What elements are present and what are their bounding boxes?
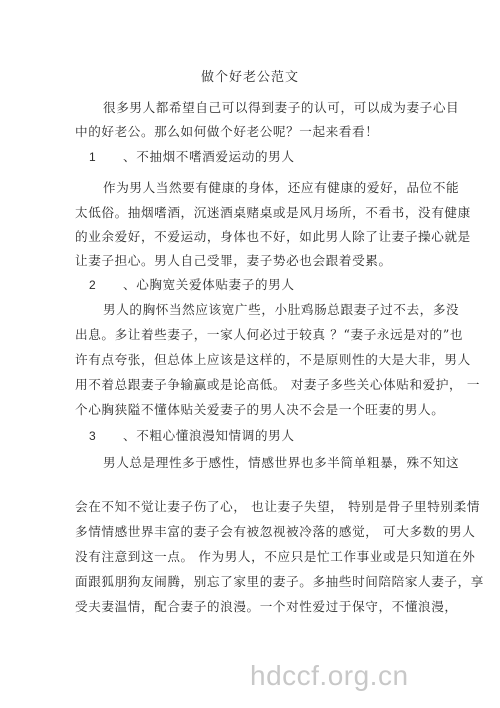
body-line: 男人的胸怀当然应该宽广些，小肚鸡肠总跟妻子过不去，多没 [103,302,459,318]
body-line: 用不着总跟妻子争输赢或是论高低。 对妻子多些关心体贴和爱护， 一 [75,377,480,393]
body-line: 作为男人当然要有健康的身体，还应有健康的爱好，品位不能 [103,180,459,196]
heading-3: 3、不粗心懂浪漫知情调的男人 [89,428,295,444]
body-line: 受夫妻温情，配合妻子的浪漫。一个对性爱过于保守，不懂浪漫， [75,599,458,615]
body-line: 让妻子担心。男人自己受罪，妻子势必也会跟着受累。 [75,253,392,269]
heading-number: 3 [89,428,123,444]
heading-number: 1 [89,149,123,165]
intro-line-2: 中的好老公。那么如何做个好老公呢？一起来看看！ [75,124,378,140]
body-line: 男人总是理性多于感性，情感世界也多半简单粗暴，殊不知这 [103,455,459,471]
heading-text: 、不粗心懂浪漫知情调的男人 [123,428,295,443]
heading-text: 、心胸宽关爱体贴妻子的男人 [123,277,295,292]
body-line: 太低俗。抽烟嗜酒，沉迷酒桌赌桌或是风月场所，不看书，没有健康 [75,205,471,221]
body-line: 多情情感世界丰富的妻子会有被忽视被冷落的感觉， 可大多数的男人 [75,524,475,540]
heading-1: 1、不抽烟不嗜酒爱运动的男人 [89,149,295,165]
body-line: 会在不知不觉让妻子伤了心， 也让妻子失望， 特别是骨子里特别柔情 [75,499,480,515]
intro-line-1: 很多男人都希望自己可以得到妻子的认可，可以成为妻子心目 [103,100,459,116]
heading-text: 、不抽烟不嗜酒爱运动的男人 [123,149,295,164]
body-line: 许有点夸张，但总体上应该是这样的，不是原则性的大是大非，男人 [75,352,471,368]
heading-2: 2、心胸宽关爱体贴妻子的男人 [89,277,295,293]
page-title: 做个好老公范文 [0,66,500,85]
body-line: 没有注意到这一点。 作为男人，不应只是忙工作事业或是只知道在外 [75,549,475,565]
body-line: 的业余爱好，不爱运动，身体也不好，如此男人除了让妻子操心就是 [75,229,471,245]
body-line: 出息。多让着些妻子，一家人何必过于较真 ？“妻子永远是对的”也 [75,327,463,343]
watermark: hdccf.org.cn [250,660,409,692]
heading-number: 2 [89,277,123,293]
body-line: 个心胸狭隘不懂体贴关爱妻子的男人决不会是一个旺妻的男人。 [75,402,444,418]
body-line: 面跟狐朋狗友闹腾，别忘了家里的妻子。多抽些时间陪陪家人妻子，享 [75,574,484,590]
